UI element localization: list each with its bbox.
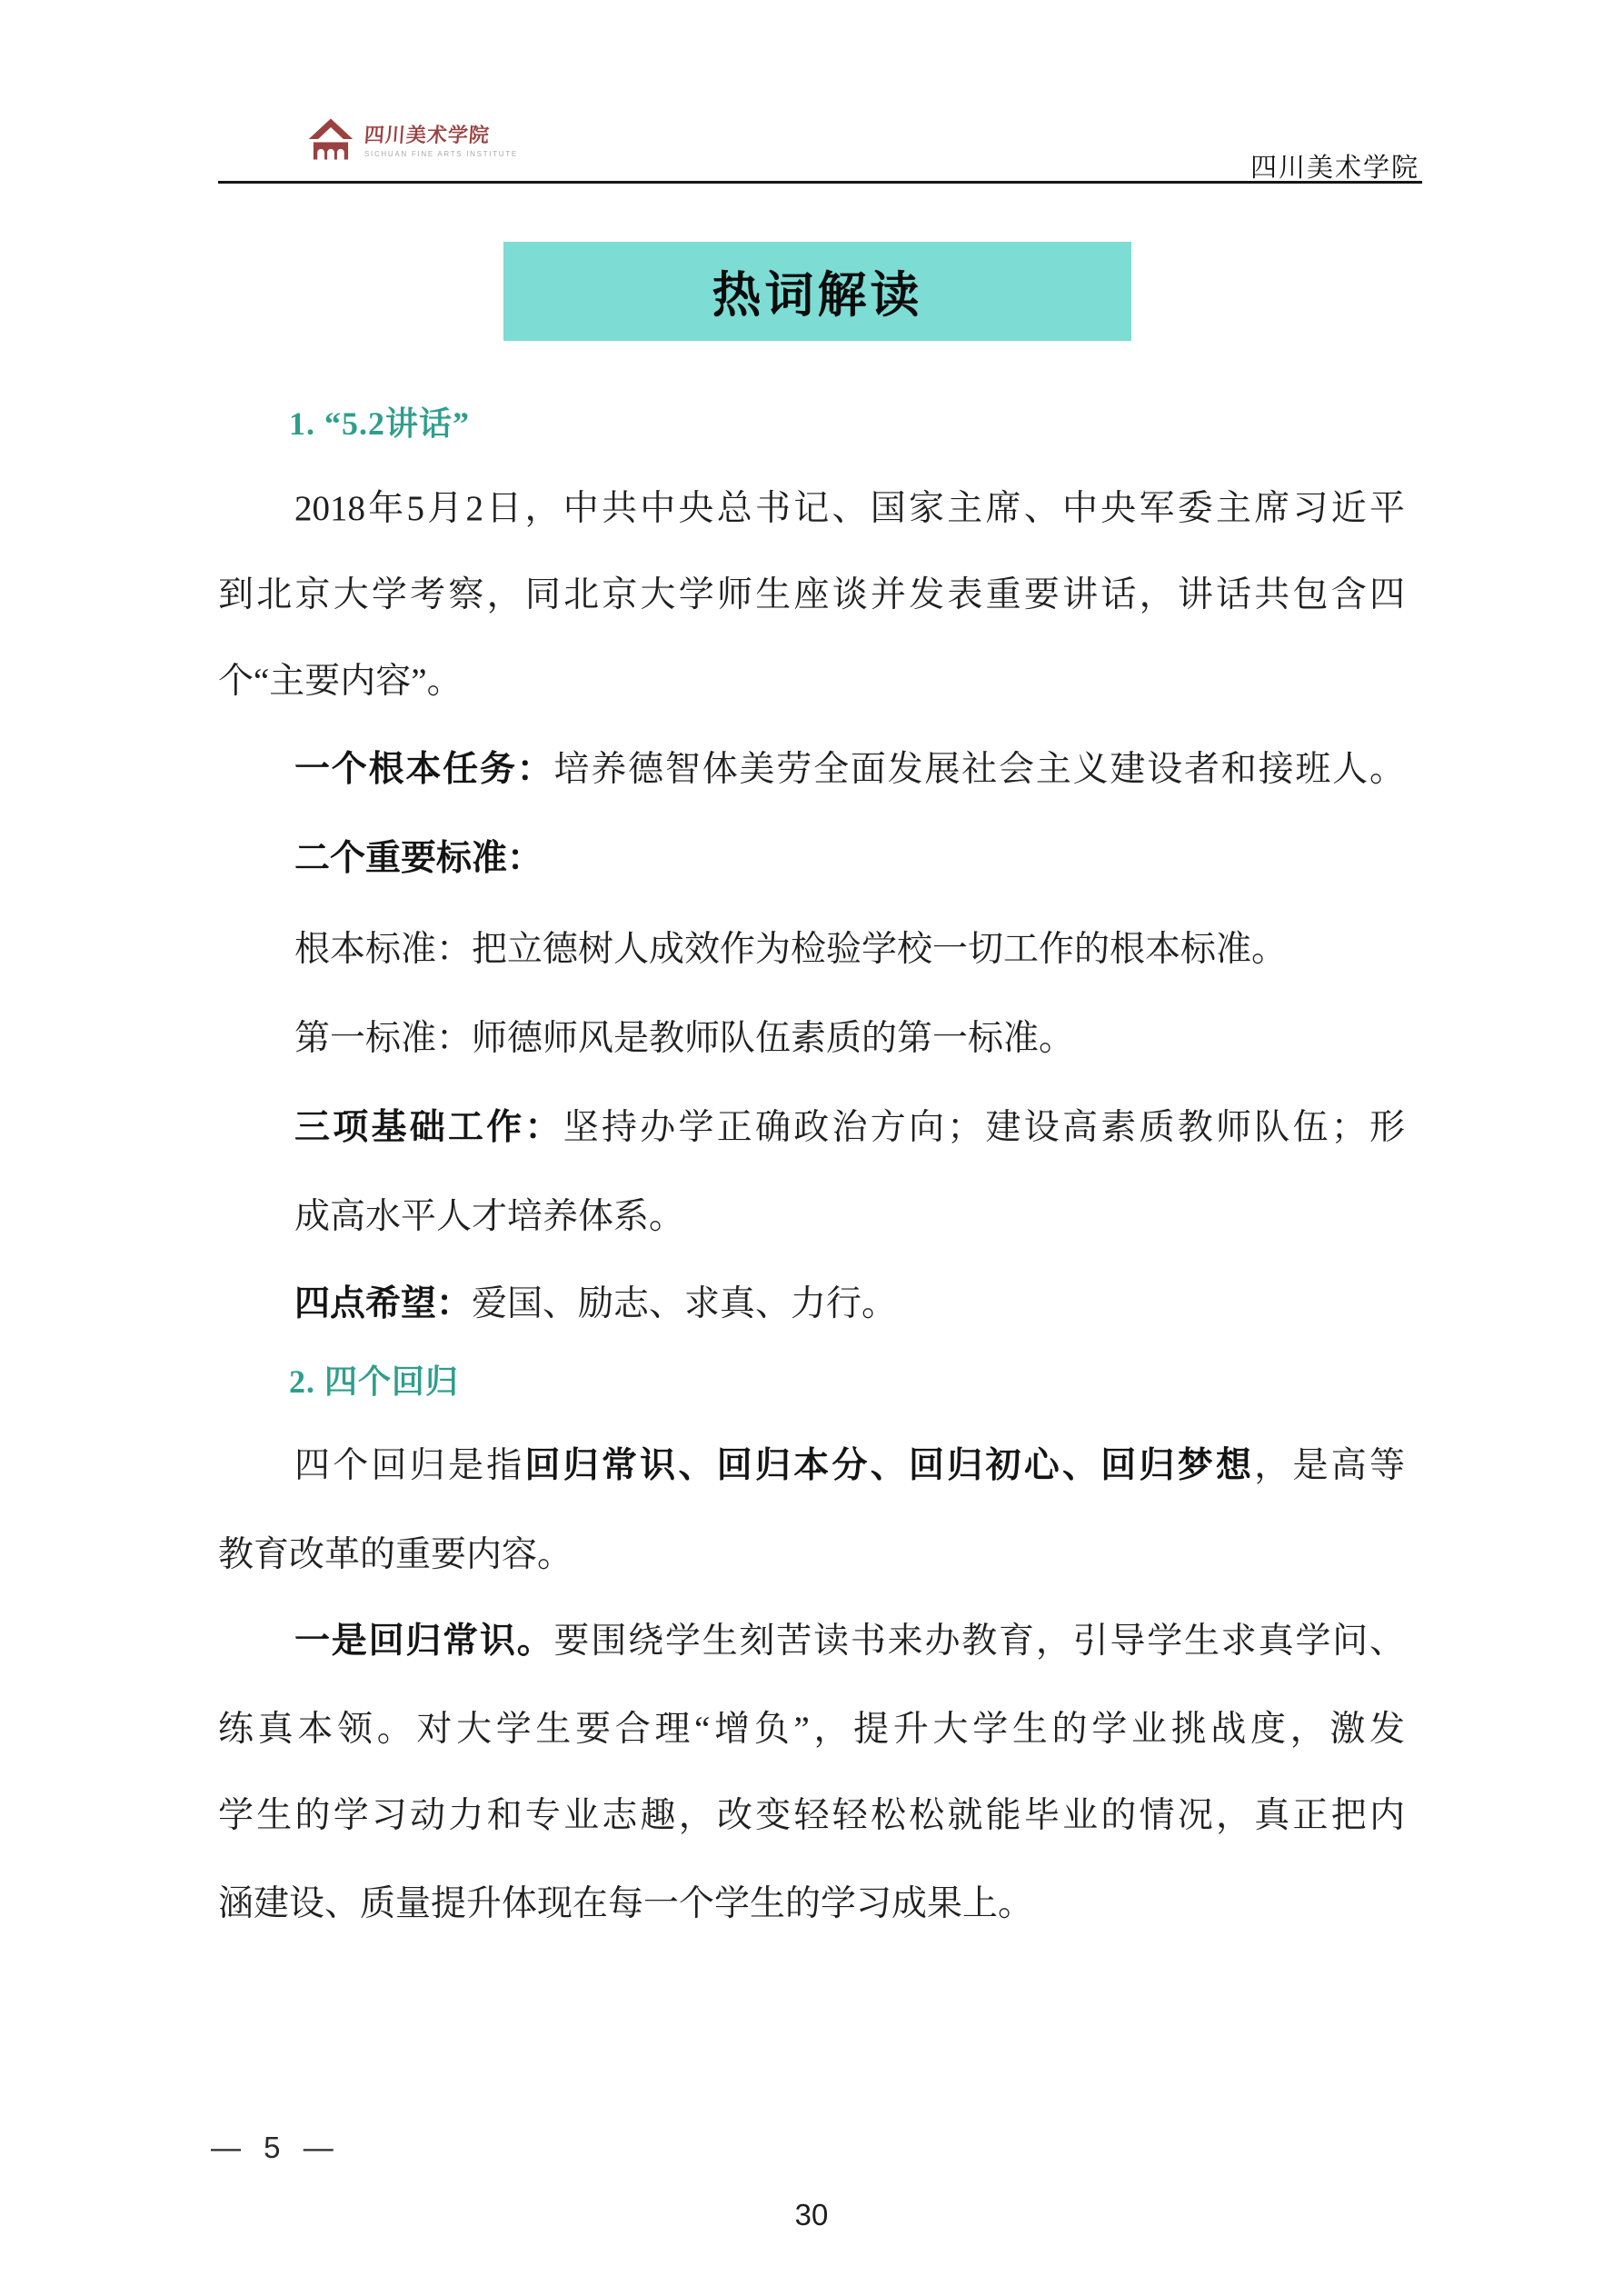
footer-page-number: 30 — [0, 2198, 1623, 2232]
logo-en-label: SICHUAN FINE ARTS INSTITUTE — [364, 150, 518, 158]
body-line: 2018年5月2日，中共中央总书记、国家主席、中央军委主席习近平 — [218, 486, 1405, 532]
body-text: 2018年5月2日，中共中央总书记、国家主席、中央军委主席习近平 — [294, 489, 1405, 528]
body-line: 四点希望：爱国、励志、求真、力行。 — [218, 1282, 1405, 1327]
body-line: 学生的学习动力和专业志趣，改变轻轻松松就能毕业的情况，真正把内 — [218, 1793, 1405, 1839]
body-text: 练真本领。对大学生要合理“增负”，提升大学生的学业挑战度，激发 — [218, 1710, 1405, 1749]
lead-in-text: 一是回归常识。 — [294, 1622, 554, 1661]
school-logo-text: 四川美术学院 SICHUAN FINE ARTS INSTITUTE — [364, 120, 518, 158]
header-school-name: 四川美术学院 — [1250, 147, 1419, 185]
body-line: 一是回归常识。要围绕学生刻苦读书来办教育，引导学生求真学问、 — [218, 1619, 1405, 1664]
banner-title: 热词解读 — [712, 256, 923, 326]
body-line: 二个重要标准： — [218, 836, 1405, 882]
body-text: 要围绕学生刻苦读书来办教育，引导学生求真学问、 — [554, 1622, 1405, 1661]
body-text: 爱国、励志、求真、力行。 — [472, 1284, 897, 1323]
school-emblem-icon — [307, 118, 354, 160]
body-text: 第一标准：师德师风是教师队伍素质的第一标准。 — [294, 1019, 1074, 1058]
section-2-heading: 2. 四个回归 — [289, 1356, 459, 1403]
body-text: 成高水平人才培养体系。 — [294, 1197, 684, 1236]
body-text: 涵建设、质量提升体现在每一个学生的学习成果上。 — [218, 1884, 1033, 1923]
body-line: 一个根本任务：培养德智体美劳全面发展社会主义建设者和接班人。 — [218, 747, 1405, 793]
lead-in-text: 三项基础工作： — [294, 1108, 563, 1147]
school-logo: 四川美术学院 SICHUAN FINE ARTS INSTITUTE — [307, 118, 518, 160]
body-text: 坚持办学正确政治方向；建设高素质教师队伍；形 — [563, 1108, 1405, 1147]
lead-in-text: 四点希望： — [294, 1284, 472, 1323]
body-line: 三项基础工作：坚持办学正确政治方向；建设高素质教师队伍；形 — [218, 1105, 1405, 1151]
body-text: 教育改革的重要内容。 — [218, 1535, 573, 1574]
body-line: 成高水平人才培养体系。 — [218, 1194, 1405, 1240]
logo-cn-label: 四川美术学院 — [363, 120, 519, 148]
lead-in-text: 二个重要标准： — [294, 839, 543, 878]
body-line: 第一标准：师德师风是教师队伍素质的第一标准。 — [218, 1016, 1405, 1062]
lead-in-text: 一个根本任务： — [294, 750, 554, 789]
body-text: 个“主要内容”。 — [218, 662, 463, 701]
footer-folio: — 5 — — [211, 2131, 341, 2165]
body-text: 四个回归是指 — [294, 1446, 525, 1485]
body-text: 培养德智体美劳全面发展社会主义建设者和接班人。 — [554, 750, 1405, 789]
body-line: 教育改革的重要内容。 — [218, 1532, 1405, 1578]
section-banner: 热词解读 — [503, 242, 1131, 341]
document-page: 四川美术学院 SICHUAN FINE ARTS INSTITUTE 四川美术学… — [0, 0, 1623, 2296]
section-1-heading: 1. “5.2讲话” — [289, 398, 470, 444]
body-line: 根本标准：把立德树人成效作为检验学校一切工作的根本标准。 — [218, 927, 1405, 973]
body-text: 到北京大学考察，同北京大学师生座谈并发表重要讲话，讲话共包含四 — [218, 575, 1405, 614]
emphasis-text: 回归常识、回归本分、回归初心、回归梦想 — [525, 1446, 1255, 1485]
body-line: 到北京大学考察，同北京大学师生座谈并发表重要讲话，讲话共包含四 — [218, 573, 1405, 618]
header-rule — [218, 181, 1422, 184]
body-line: 涵建设、质量提升体现在每一个学生的学习成果上。 — [218, 1882, 1405, 1927]
body-line: 练真本领。对大学生要合理“增负”，提升大学生的学业挑战度，激发 — [218, 1707, 1405, 1752]
body-line: 个“主要内容”。 — [218, 659, 1405, 704]
body-text: 学生的学习动力和专业志趣，改变轻轻松松就能毕业的情况，真正把内 — [218, 1796, 1405, 1835]
body-text: ，是高等 — [1254, 1446, 1405, 1485]
body-line: 四个回归是指回归常识、回归本分、回归初心、回归梦想，是高等 — [218, 1443, 1405, 1489]
body-text: 根本标准：把立德树人成效作为检验学校一切工作的根本标准。 — [294, 930, 1287, 969]
